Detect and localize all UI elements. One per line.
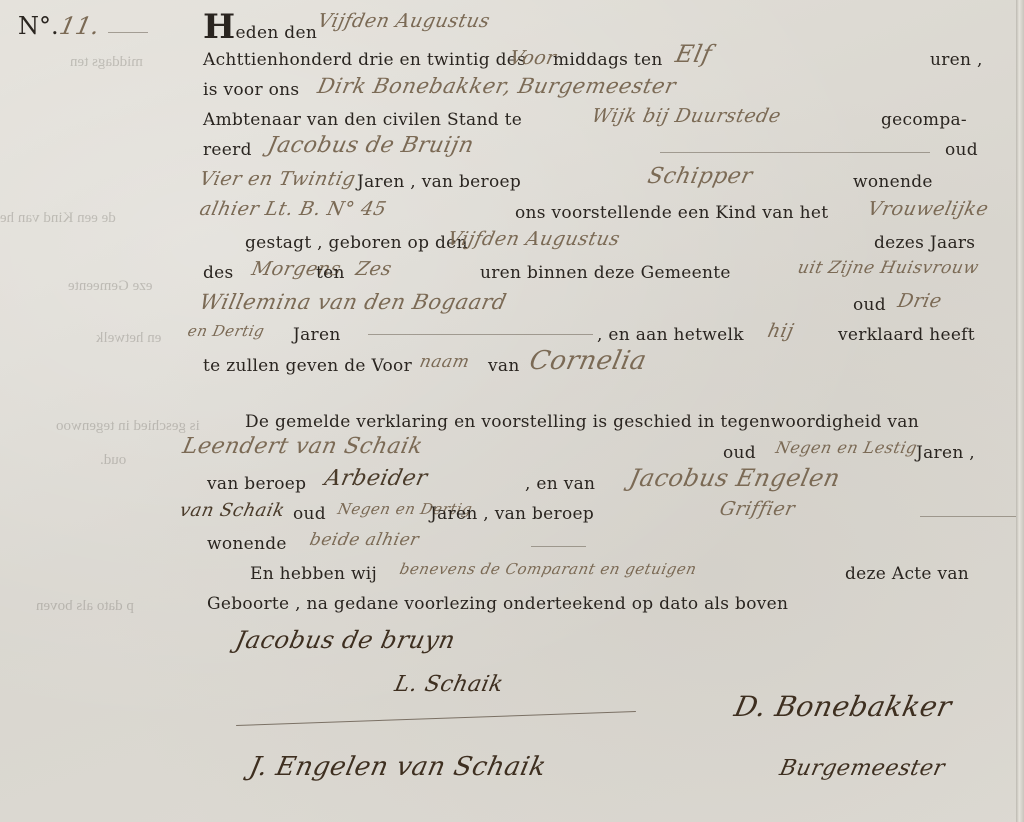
handwritten-declarant: Jacobus de Bruijn — [265, 133, 476, 158]
printed-text: Achttienhonderd drie en twintig des — [203, 50, 526, 70]
printed-text: Ambtenaar van den civilen Stand te — [203, 110, 522, 130]
printed-line-1: Heden den — [203, 10, 317, 44]
signature-mayor: D. Bonebakker — [731, 690, 954, 723]
printed-text: Geboorte , na gedane voorlezing ondertee… — [207, 594, 788, 614]
handwritten-residence: alhier Lt. B. N° 45 — [198, 198, 389, 220]
handwritten-child-sex: Vrouwelijke — [866, 198, 991, 220]
printed-text: , en aan hetwelk — [597, 325, 744, 345]
handwritten-birth-day: Vijfden Augustus — [446, 228, 622, 250]
bleed-through-text: middags ten — [70, 54, 143, 71]
handwritten-daypart: Voor — [508, 47, 559, 69]
initial-letter: H — [203, 7, 235, 47]
handwritten-official: Dirk Bonebakker, Burgemeester — [315, 74, 678, 98]
printed-text: middags ten — [553, 50, 663, 70]
printed-text: uren , — [930, 50, 983, 70]
bleed-through-text: eze Gemeente — [68, 278, 153, 295]
handwritten-declarer: hij — [766, 320, 796, 342]
fill-line — [108, 32, 148, 33]
handwritten-declarant-age: Vier en Twintig — [198, 168, 358, 190]
bleed-through-text: en hetwelk — [96, 330, 161, 347]
printed-text: Jaren , van beroep — [430, 504, 594, 524]
fill-line — [368, 334, 593, 335]
handwritten-residence-witnesses: beide alhier — [308, 530, 421, 550]
act-number: N°. — [18, 12, 59, 40]
printed-text: van — [488, 356, 520, 376]
act-number-value: 11. — [57, 12, 103, 40]
handwritten-witness2: Jacobus Engelen — [627, 464, 843, 492]
register-page: middags ten de een Kind van he eze Gemee… — [0, 0, 1024, 822]
fill-line — [660, 152, 930, 153]
handwritten-hour: Elf — [673, 40, 715, 68]
handwritten-witness1-occupation: Arbeider — [322, 466, 429, 491]
printed-text: dezes Jaars — [874, 233, 975, 253]
printed-text: van beroep — [207, 474, 306, 494]
handwritten-mother: Willemina van den Bogaard — [197, 290, 508, 314]
handwritten-mother-age: Drie — [896, 290, 944, 312]
printed-text: reerd — [203, 140, 252, 160]
handwritten-birth-place: uit Zijne Huisvrouw — [796, 258, 981, 278]
handwritten-name-type: naam — [418, 352, 472, 372]
signature-title: Burgemeester — [777, 756, 947, 781]
printed-text: deze Acte van — [845, 564, 969, 584]
handwritten-place: Wijk bij Duurstede — [590, 105, 783, 127]
bleed-through-text: is geschied in tegenwoo — [56, 418, 200, 435]
signature-witness2: J. Engelen van Schaik — [247, 752, 549, 782]
printed-text: is voor ons — [203, 80, 299, 100]
printed-text: verklaard heeft — [838, 325, 975, 345]
handwritten-mother-age-b: en Dertig — [186, 322, 266, 340]
bleed-through-text: oud. — [100, 452, 126, 469]
printed-text: Jaren , — [916, 443, 975, 463]
printed-text: oud — [853, 295, 886, 315]
printed-text: ons voorstellende een Kind van het — [515, 203, 828, 223]
act-number-label: N°. — [18, 12, 59, 40]
printed-text: gestagt , geboren op den — [245, 233, 468, 253]
printed-text: De gemelde verklaring en voorstelling is… — [245, 412, 919, 432]
printed-text: oud — [293, 504, 326, 524]
printed-text: wonende — [853, 172, 933, 192]
handwritten-day: Vijfden Augustus — [316, 10, 492, 32]
signature-declarant: Jacobus de bruyn — [233, 626, 458, 654]
page-edge — [1016, 0, 1024, 822]
handwritten-birth-hour: Zes — [354, 258, 394, 280]
handwritten-witness2-surname: van Schaik — [178, 500, 287, 521]
handwritten-witness1: Leendert van Schaik — [180, 434, 425, 459]
bleed-through-text: p dato als boven — [36, 598, 134, 615]
signature-witness1: L. Schaik — [392, 672, 505, 697]
bleed-through-text: de een Kind van he — [0, 210, 116, 227]
fill-line — [531, 546, 586, 547]
printed-text: , en van — [525, 474, 595, 494]
handwritten-occupation: Schipper — [645, 164, 755, 189]
printed-text: ten — [316, 263, 345, 283]
handwritten-witness1-age: Negen en Lestig — [774, 438, 919, 457]
printed-text: uren binnen deze Gemeente — [480, 263, 731, 283]
printed-text: des — [203, 263, 234, 283]
printed-text: En hebben wij — [250, 564, 377, 584]
printed-text: gecompa- — [881, 110, 967, 130]
handwritten-signers: benevens de Comparant en getuigen — [398, 560, 698, 578]
printed-text: te zullen geven de Voor — [203, 356, 412, 376]
printed-text: oud — [945, 140, 978, 160]
handwritten-child-name: Cornelia — [527, 346, 650, 376]
fill-line — [920, 516, 1016, 517]
signature-flourish — [236, 711, 636, 726]
printed-text: Jaren — [293, 325, 341, 345]
printed-text: Jaren , van beroep — [357, 172, 521, 192]
handwritten-witness2-occupation: Griffier — [718, 498, 797, 520]
printed-text: oud — [723, 443, 756, 463]
printed-text: eden den — [235, 23, 317, 43]
printed-text: wonende — [207, 534, 287, 554]
